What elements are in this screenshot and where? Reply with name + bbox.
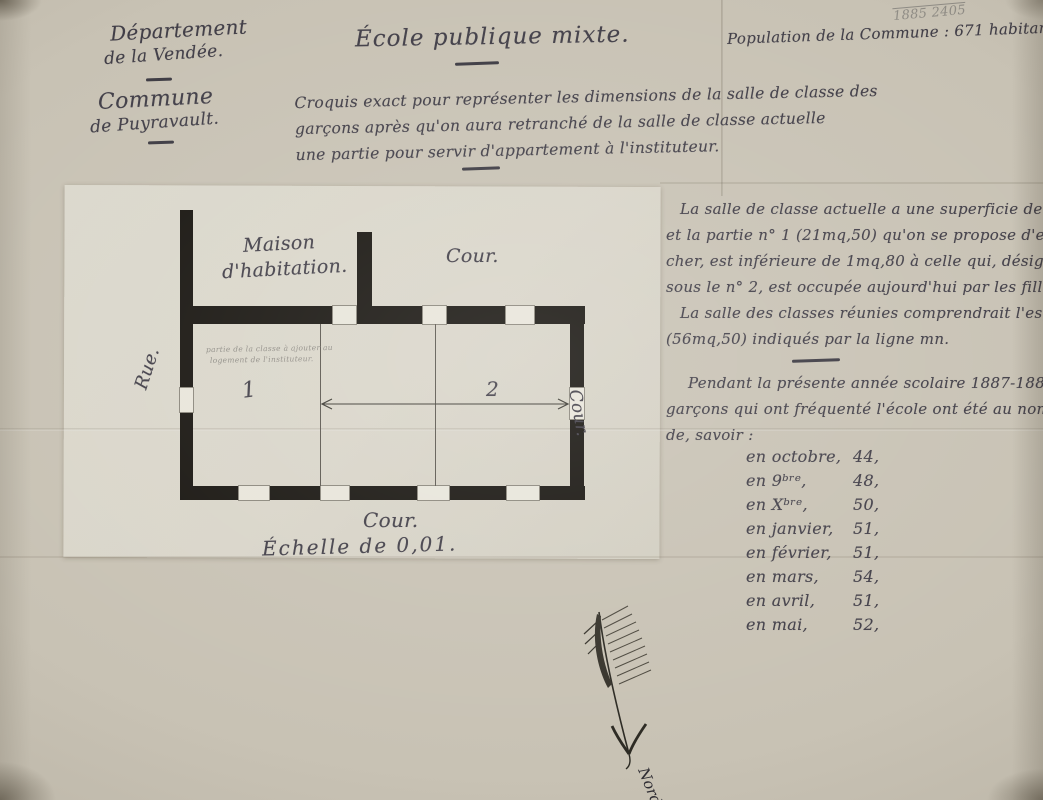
month-label: en octobre, [746,447,841,466]
north-arrow-icon: Nord [552,596,702,800]
ink-dash [146,78,172,82]
ink-dash [792,358,840,363]
month-count: 48, [853,471,879,490]
window-symbol [417,485,450,501]
month-label: en février, [746,543,832,562]
surface-line: (56mq,50) indiqués par la ligne mn. [666,326,1043,352]
list-item: en février, 51, [746,543,832,562]
month-label: en mai, [746,615,808,634]
surface-line: La salle des classes réunies comprendrai… [666,300,1043,326]
plan-wall-top-c [447,306,505,324]
list-item: en Xᵇʳᵉ, 50, [746,495,808,514]
plan-wall-bottom-b [270,486,320,500]
department-heading: Département [109,14,247,45]
list-item: en janvier, 51, [746,519,834,538]
label-maison: Maison [242,231,315,257]
month-count: 51, [853,543,879,562]
north-label: Nord [634,764,666,800]
plan-wall-bottom-d [450,486,506,500]
plan-wall-right-upper [570,306,584,387]
plan-wall-left-upper [180,210,193,387]
window-symbol [238,485,270,501]
label-cour-top: Cour. [446,245,499,267]
plan-wall-stub [357,232,372,324]
list-item: en octobre, 44, [746,447,841,466]
attendance-paragraph: Pendant la présente année scolaire 1887-… [666,370,1043,448]
window-symbol [320,485,350,501]
door-opening-symbol [179,387,194,413]
month-label: en avril, [746,591,815,610]
month-label: en mars, [746,567,819,586]
plan-wall-bottom-a [180,486,238,500]
month-count: 54, [853,567,879,586]
dimension-arrow [315,394,579,414]
door-opening-symbol [332,305,357,325]
month-count: 50, [853,495,879,514]
surface-line: et la partie n° 1 (21mq,50) qu'on se pro… [666,222,1043,248]
month-count: 44, [853,447,879,466]
month-label: en janvier, [746,519,834,538]
room-1-pencil-note-2: logement de l'instituteur. [210,354,314,365]
label-cour-bottom: Cour. [363,508,418,532]
surface-line: cher, est inférieure de 1mq,80 à celle q… [666,248,1043,274]
plan-wall-top-a [180,306,332,324]
list-item: en avril, 51, [746,591,815,610]
list-item: en 9ᵇʳᵉ, 48, [746,471,807,490]
paper-crease [660,182,1043,184]
surface-line: La salle de classe actuelle a une superf… [666,196,1043,222]
room-2-label: 2 [486,377,499,401]
department-subheading: de la Vendée. [103,41,223,69]
label-scale: Échelle de 0,01. [262,531,458,560]
plan-wall-bottom-c [350,486,417,500]
month-label: en 9ᵇʳᵉ, [746,471,807,490]
month-count: 51, [853,519,879,538]
plan-wall-bottom-e [540,486,585,500]
surface-line: sous le n° 2, est occupée aujourd'hui pa… [666,274,1043,300]
ink-dash [455,61,499,66]
ink-dash [148,141,174,145]
month-count: 52, [853,615,879,634]
scanned-document-page: Département de la Vendée. Commune de Puy… [0,0,1043,800]
ink-dash [462,166,500,170]
attendance-intro-line: de, savoir : [666,422,1043,448]
intro-paragraph: Croquis exact pour représenter les dimen… [294,78,879,168]
list-item: en mars, 54, [746,567,819,586]
surface-paragraph: La salle de classe actuelle a une superf… [666,196,1043,352]
window-symbol [422,305,447,325]
attendance-intro-line: Pendant la présente année scolaire 1887-… [666,370,1043,396]
page-title: École publique mixte. [355,22,630,53]
month-label: en Xᵇʳᵉ, [746,495,808,514]
attendance-intro-line: garçons qui ont fréquenté l'école ont ét… [666,396,1043,422]
list-item: en mai, 52, [746,615,808,634]
window-symbol [505,305,535,325]
window-symbol [506,485,540,501]
population-note: Population de la Commune : 671 habitants… [727,18,1043,48]
month-count: 51, [853,591,879,610]
